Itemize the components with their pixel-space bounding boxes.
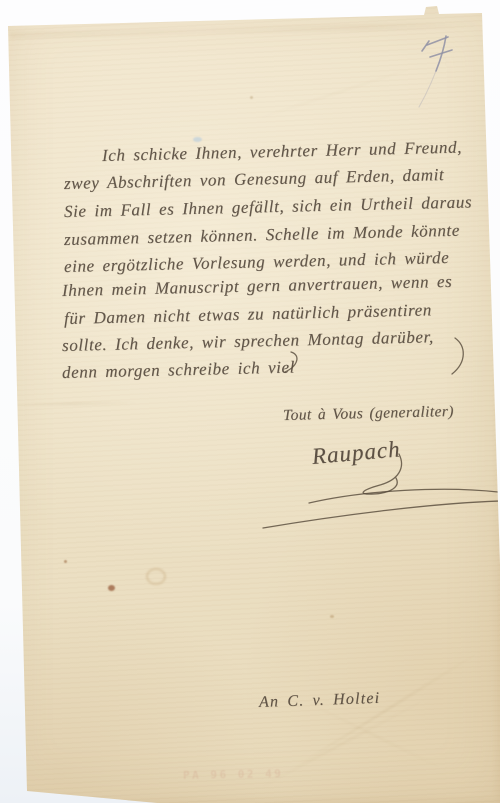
signature: Raupach xyxy=(311,436,402,470)
letter-line-6: Ihnen mein Manuscript gern anvertrauen, … xyxy=(62,272,453,301)
foxing-spot xyxy=(108,585,115,591)
letter-paper: Ich schicke Ihnen, verehrter Herr und Fr… xyxy=(0,0,500,803)
ink-and-pencil-strokes xyxy=(0,0,500,803)
letter-line-3: Sie im Fall es Ihnen gefällt, sich ein U… xyxy=(64,192,473,222)
letter-line-8: sollte. Ich denke, wir sprechen Montag d… xyxy=(62,327,434,356)
address-recipient: An C. v. Holtei xyxy=(259,690,381,712)
foxing-spot xyxy=(250,96,253,99)
closing-salutation: Tout à Vous (generaliter) xyxy=(283,403,454,425)
paper-crease xyxy=(8,402,140,406)
paper-crease xyxy=(250,64,422,121)
letter-line-4: zusammen setzen können. Schelle im Monde… xyxy=(64,221,460,250)
foxing-spot xyxy=(146,568,166,585)
signature-flourish xyxy=(263,454,500,528)
paper-crease xyxy=(10,21,482,39)
pencil-mark xyxy=(419,36,452,107)
foxing-spot xyxy=(64,560,67,563)
scan-background: Ich schicke Ihnen, verehrter Herr und Fr… xyxy=(0,0,500,803)
paper-texture xyxy=(0,0,500,803)
paper-speck xyxy=(193,137,202,142)
foxing-spot xyxy=(330,615,334,618)
letter-line-7: für Damen nicht etwas zu natürlich präse… xyxy=(64,300,432,329)
letter-line-2: zwey Abschriften von Genesung auf Erden,… xyxy=(64,165,445,194)
letter-line-1: Ich schicke Ihnen, verehrter Herr und Fr… xyxy=(102,138,462,166)
letter-line-9: denn morgen schreibe ich viel xyxy=(62,358,295,383)
faint-stamp: PA 96 02 49 xyxy=(183,767,284,782)
